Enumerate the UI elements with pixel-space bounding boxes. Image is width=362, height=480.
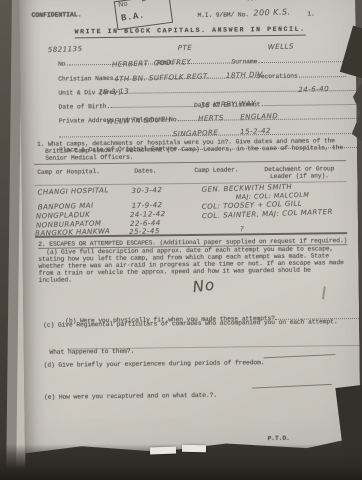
camp-name: CHANGI HOSPITAL [37,186,108,196]
surname-value: WELLS [268,43,294,52]
pencil-scribble: N. 2 [247,0,268,4]
service-number-value: 5821135 [48,46,83,55]
tape-tab [150,447,176,455]
table-rule-header [34,181,346,186]
camp-name: NONGPLADUK [36,211,91,221]
question2e-text: (e) How were you recaptured and on what … [44,392,217,401]
header-leader: Camp Leader. [194,166,238,174]
stamp-no-label: No [118,0,129,9]
address-value-line1: 38 KIRBY WAY, [200,101,258,111]
question2c2-text: What happened to them?. [50,348,135,356]
pencil-mark [322,286,326,299]
camp-leader: ? [240,225,244,233]
rank-value: PTE [178,45,193,53]
camp-dates: 30-3-42 [131,186,162,195]
answer-no: No [192,276,216,296]
stamp-ba-label: B.A. [120,10,145,23]
photo-of-document: CONFIDENTIAL. No 20 B.A. N. 2 M.I. 9/BM/… [0,0,362,480]
document-page: CONFIDENTIAL. No 20 B.A. N. 2 M.I. 9/BM/… [19,0,361,458]
dotted-line [264,99,361,106]
camp-dates: 17-9-42 [132,201,163,210]
form-title: WRITE IN BLOCK CAPITALS. ANSWER IN PENCI… [75,26,306,39]
dotted-line [261,56,349,63]
camp-dates: 24-12-42 [130,210,166,219]
header-detachment: Detachment or Group Leader (if any). [255,165,343,180]
header-camp: Camp or Hospital. [37,168,100,176]
question2b-row: (b) Were you physically fit when you mad… [43,306,345,319]
classification-label: CONFIDENTIAL. [31,11,81,19]
pto-label: P.T.O. [268,435,290,442]
header-dates: Dates. [134,167,156,174]
tape-tab [182,445,206,452]
reference-suffix: 1. [307,10,314,17]
enlistment-value: 24-6-40 [298,86,329,95]
dotted-line [301,71,346,78]
stamp-number: 20 [138,0,160,5]
dob-value: 28-3-13 [98,88,129,97]
question2c-answer-line [45,333,345,346]
pencil-dash-e [252,384,332,389]
pencil-dash-d [264,354,336,359]
dotted-line [110,101,194,108]
reference-prefix: M.I. 9/BM/ No. [197,11,249,19]
reference-number: 200 K.S. [253,7,291,17]
christian-names-value: HERBERT GODFREY [112,59,191,69]
question2d-text: (d) Give briefly your experiences during… [44,359,265,369]
question1-text: 1. What camps, detachments or hospitals … [37,137,355,162]
ba-stamp: No 20 B.A. [114,0,173,30]
